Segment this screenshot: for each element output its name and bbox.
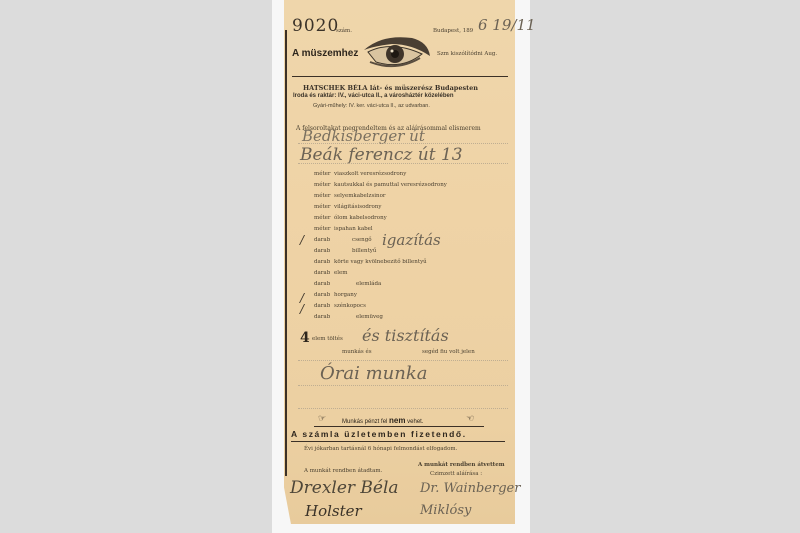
notice-money-post: vehet. — [407, 419, 423, 425]
handwritten-hours: Órai munka — [320, 363, 427, 384]
item-text: selyemkabelzsinor — [334, 193, 386, 199]
item-text: ólom kabelsodrony — [334, 215, 387, 221]
document-number: 9020 — [292, 16, 339, 36]
pointing-hand-right-icon: ☞ — [466, 414, 474, 424]
company-name: HATSCHEK BÉLA lát- és müszerész Budapest… — [303, 84, 478, 92]
item-text: elem — [334, 270, 347, 276]
item-prefix: darab — [314, 237, 330, 243]
item-prefix: darab — [314, 248, 330, 254]
item-text: szénkopocs — [334, 303, 366, 309]
item-prefix: darab — [314, 303, 330, 309]
fill-line — [298, 143, 508, 144]
notice-money-bold: nem — [389, 416, 405, 425]
item-text: elem töltés — [312, 336, 343, 342]
item-prefix: darab — [314, 259, 330, 265]
fill-line — [298, 408, 508, 409]
header-divider — [292, 76, 508, 77]
notice-money: Munkás pénzt fel nem vehet. — [342, 416, 424, 425]
item-text: világitásisodrony — [334, 204, 382, 210]
item-prefix: méter — [314, 193, 331, 199]
notice-yearly: Évi jókarban tartásnál 6 hónapi felmondá… — [304, 446, 457, 452]
number-suffix: szám. — [336, 28, 352, 34]
handwritten-date: 6 19/11 — [478, 16, 536, 34]
pointing-hand-left-icon: ☞ — [318, 414, 326, 424]
item-text: ispahan kabel — [334, 226, 373, 232]
workshop-address: Gyári-műhely: IV. ker. váci-utca II., az… — [313, 103, 430, 109]
item-text: viaszkolt veresrézsodrony — [334, 171, 406, 177]
item-prefix: darab — [314, 292, 330, 298]
place-date: Budapest, 189 — [433, 28, 473, 34]
item-prefix: méter — [314, 171, 331, 177]
item-prefix: méter — [314, 226, 331, 232]
sig-right-sub: Czimzett aláírása : — [430, 471, 482, 477]
signature-right-1: Dr. Wainberger — [420, 481, 520, 496]
item-prefix: darab — [314, 281, 330, 287]
fill-line — [298, 385, 508, 386]
item-text: elemláda — [356, 281, 381, 287]
eye-icon — [362, 32, 432, 72]
signature-left-1: Drexler Béla — [290, 478, 399, 498]
pay-divider — [291, 441, 505, 442]
item-text: csengő — [352, 237, 372, 243]
office-address: Iroda és raktár: IV., váci-utca II., a v… — [293, 93, 454, 99]
notice-pay: A számla üzletemben fizetendő. — [291, 429, 467, 439]
fill-line — [298, 360, 508, 361]
workers-label-right: segéd fiu volt jelen — [422, 349, 475, 355]
sig-left-label: A munkát rendben átadtam. — [304, 468, 382, 474]
notice-divider — [314, 426, 484, 427]
handwritten-customer: Beák ferencz út 13 — [300, 145, 463, 165]
item-prefix: darab — [314, 314, 330, 320]
signature-left-2: Holster — [305, 502, 362, 520]
handwritten-cleaning: és tisztítás — [362, 326, 449, 345]
right-header: Szm kiszólítódni Aug. — [437, 51, 497, 57]
left-border-rule — [285, 30, 287, 476]
checkmark: / — [300, 302, 304, 316]
item-text: körte vagy kvölnebezitő billentyű — [334, 259, 427, 265]
to-label: A müszemhez — [292, 48, 358, 59]
item-text: horgany — [334, 292, 357, 298]
item-prefix: méter — [314, 182, 331, 188]
item-prefix: darab — [314, 270, 330, 276]
item-text: elemüveg — [356, 314, 383, 320]
item-text: kautsukkal és pamuttal veresrézsodrony — [334, 182, 447, 188]
handwritten-repair: igazítás — [382, 231, 441, 249]
sig-right-label: A munkát rendben átvettem — [418, 462, 505, 468]
item-prefix: méter — [314, 204, 331, 210]
item-text: billentyű — [352, 248, 376, 254]
item-prefix: méter — [314, 215, 331, 221]
handwritten-quantity: 4 — [300, 330, 310, 346]
checkmark: / — [300, 233, 304, 247]
notice-money-pre: Munkás pénzt fel — [342, 419, 387, 425]
fill-line — [298, 163, 508, 164]
workers-label-left: munkás és — [342, 349, 372, 355]
signature-right-2: Miklósy — [420, 503, 471, 518]
